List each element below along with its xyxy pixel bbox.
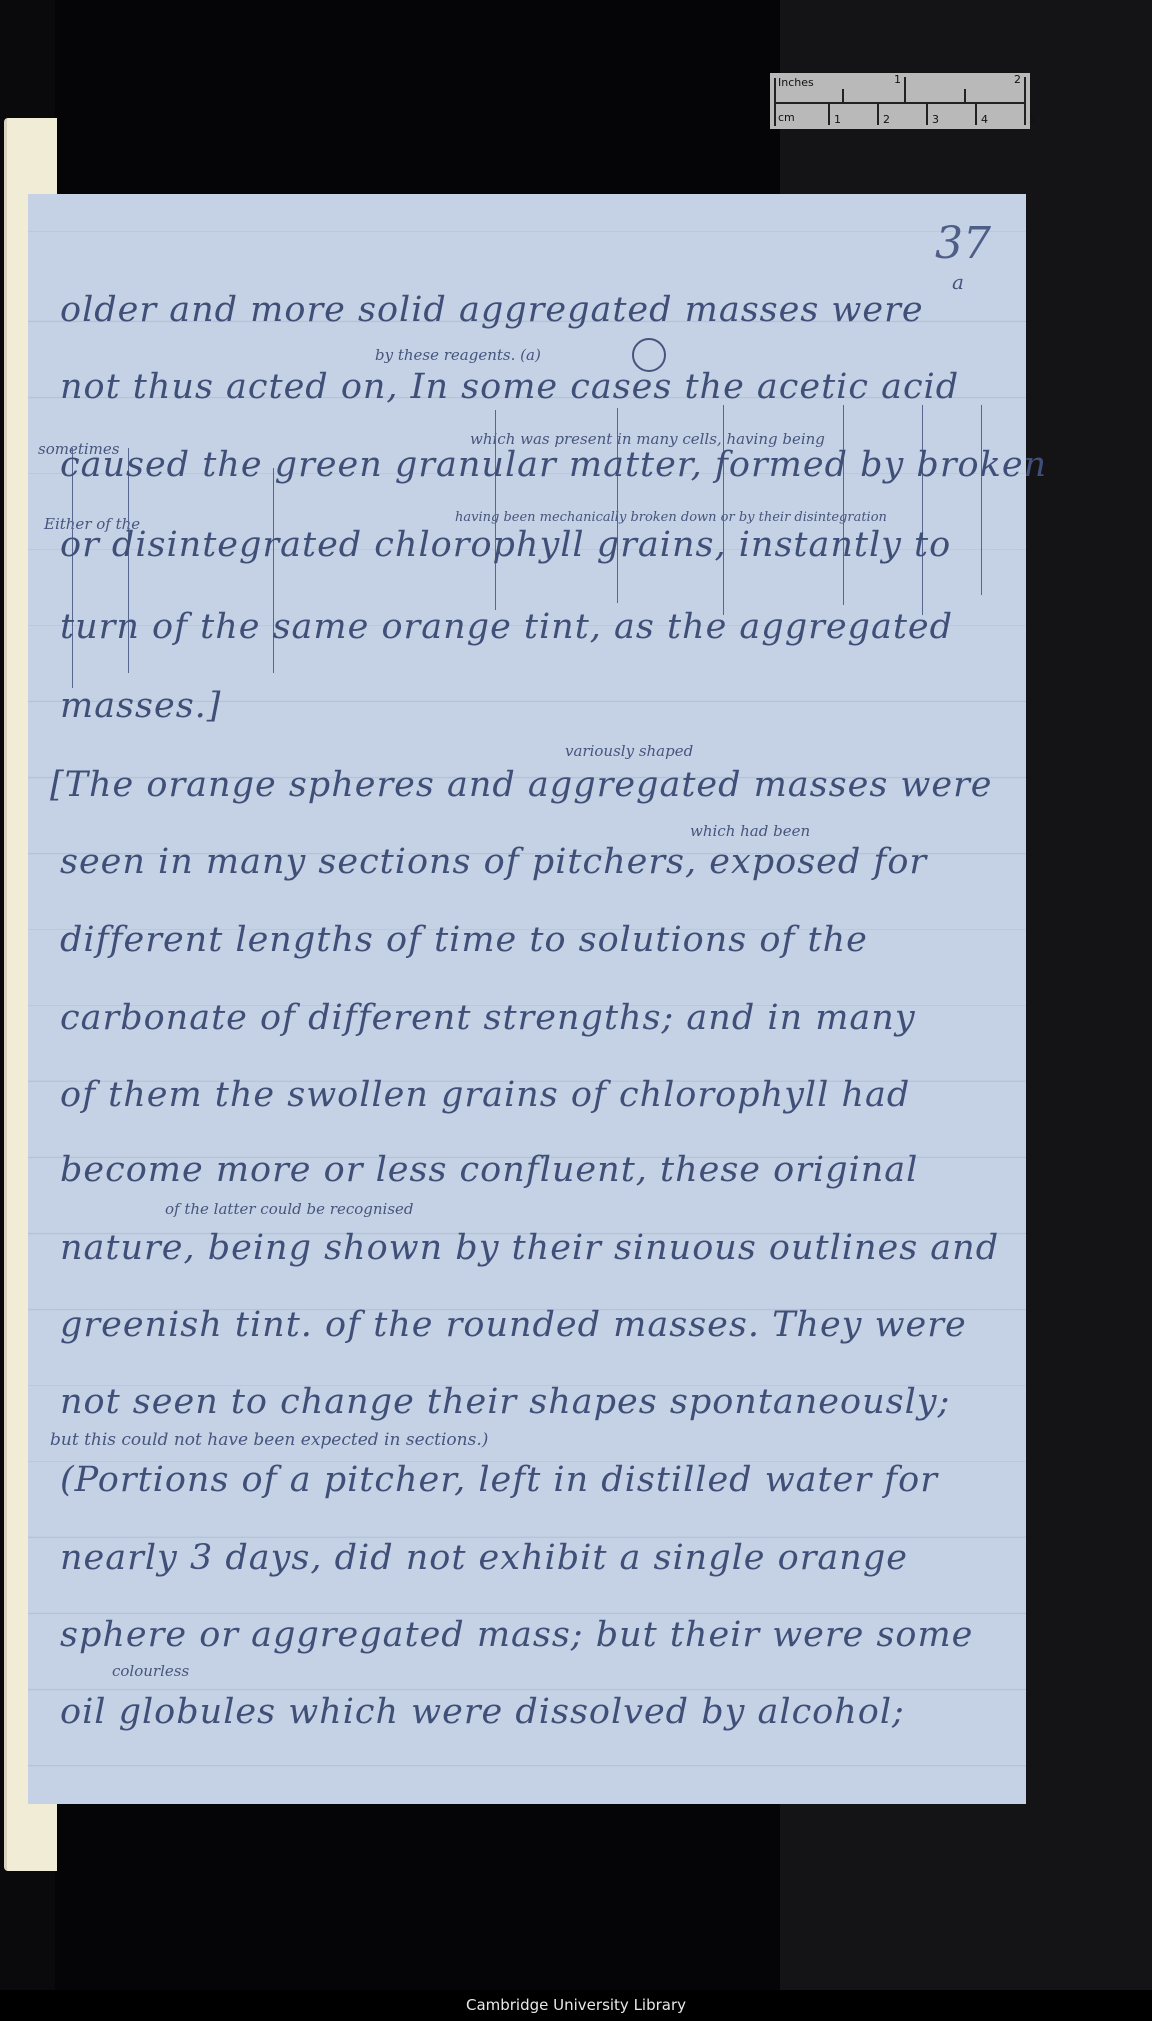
manuscript-line: caused the green granular matter, formed… <box>60 445 1047 485</box>
ruler-inch-mark: 1 <box>894 73 901 86</box>
ruler-axis <box>774 102 1026 104</box>
manuscript-line: sphere or aggregated mass; but their wer… <box>60 1615 973 1655</box>
manuscript-line: of them the swollen grains of chlorophyl… <box>60 1075 910 1115</box>
ruler-tick <box>926 103 928 125</box>
ruler-tick <box>964 89 966 103</box>
edit-bracket-line <box>723 405 724 615</box>
manuscript-line: greenish tint. of the rounded masses. Th… <box>60 1305 967 1345</box>
manuscript-line: nature, being shown by their sinuous out… <box>60 1228 999 1268</box>
edit-bracket-line <box>495 410 496 610</box>
ruler-tick <box>904 77 906 103</box>
scale-ruler: Inches cm 1 2 1 2 3 4 5 <box>770 73 1030 129</box>
ruler-tick <box>877 103 879 125</box>
ruler-tick <box>774 78 776 126</box>
manuscript-line: carbonate of different strengths; and in… <box>60 998 916 1038</box>
manuscript-line: (Portions of a pitcher, left in distille… <box>60 1460 938 1500</box>
ruler-cm-mark: 2 <box>883 113 890 126</box>
ruler-inches-label: Inches <box>778 76 814 89</box>
edit-bracket-line <box>843 405 844 605</box>
ruler-cm-mark: 5 <box>1029 113 1036 126</box>
insertion-note: by these reagents. (a) <box>375 346 541 364</box>
manuscript-line: nearly 3 days, did not exhibit a single … <box>60 1538 908 1578</box>
ruler-tick <box>1024 103 1026 125</box>
manuscript-note-line: but this could not have been expected in… <box>50 1430 488 1450</box>
manuscript-line: oil globules which were dissolved by alc… <box>60 1692 905 1732</box>
page-number: 37 <box>935 218 991 269</box>
insertion-note: colourless <box>112 1662 189 1680</box>
manuscript-line: not seen to change their shapes spontane… <box>60 1382 950 1422</box>
manuscript-line: [The orange spheres and aggregated masse… <box>50 765 993 805</box>
manuscript-line: masses.] <box>60 686 221 726</box>
manuscript-line: older and more solid aggregated masses w… <box>60 290 924 330</box>
manuscript-line: seen in many sections of pitchers, expos… <box>60 842 927 882</box>
edit-bracket-line <box>981 405 982 595</box>
edit-bracket-line <box>922 405 923 615</box>
ruler-inch-mark: 2 <box>1014 73 1021 86</box>
insertion-note: having been mechanically broken down or … <box>455 510 887 525</box>
insertion-note: of the latter could be recognised <box>165 1200 414 1218</box>
ruler-cm-label: cm <box>778 111 795 124</box>
ruler-cm-mark: 1 <box>834 113 841 126</box>
edit-bracket-line <box>617 408 618 603</box>
ruler-tick <box>828 103 830 125</box>
insertion-note: a <box>952 270 964 294</box>
manuscript-line: or disintegrated chlorophyll grains, ins… <box>60 525 951 565</box>
manuscript-line: become more or less confluent, these ori… <box>60 1150 918 1190</box>
insertion-note: variously shaped <box>565 742 693 760</box>
ruler-tick <box>1024 77 1026 103</box>
ruler-cm-mark: 4 <box>981 113 988 126</box>
manuscript-line: turn of the same orange tint, as the agg… <box>60 607 953 647</box>
footer-credit: Cambridge University Library <box>0 1996 1152 2014</box>
ruler-cm-mark: 3 <box>932 113 939 126</box>
manuscript-line: different lengths of time to solutions o… <box>60 920 868 960</box>
insertion-note: which had been <box>690 822 810 840</box>
ruler-tick <box>842 89 844 103</box>
footer-bar: Cambridge University Library <box>0 1990 1152 2021</box>
ruler-tick <box>975 103 977 125</box>
manuscript-line: not thus acted on, In some cases the ace… <box>60 367 959 407</box>
